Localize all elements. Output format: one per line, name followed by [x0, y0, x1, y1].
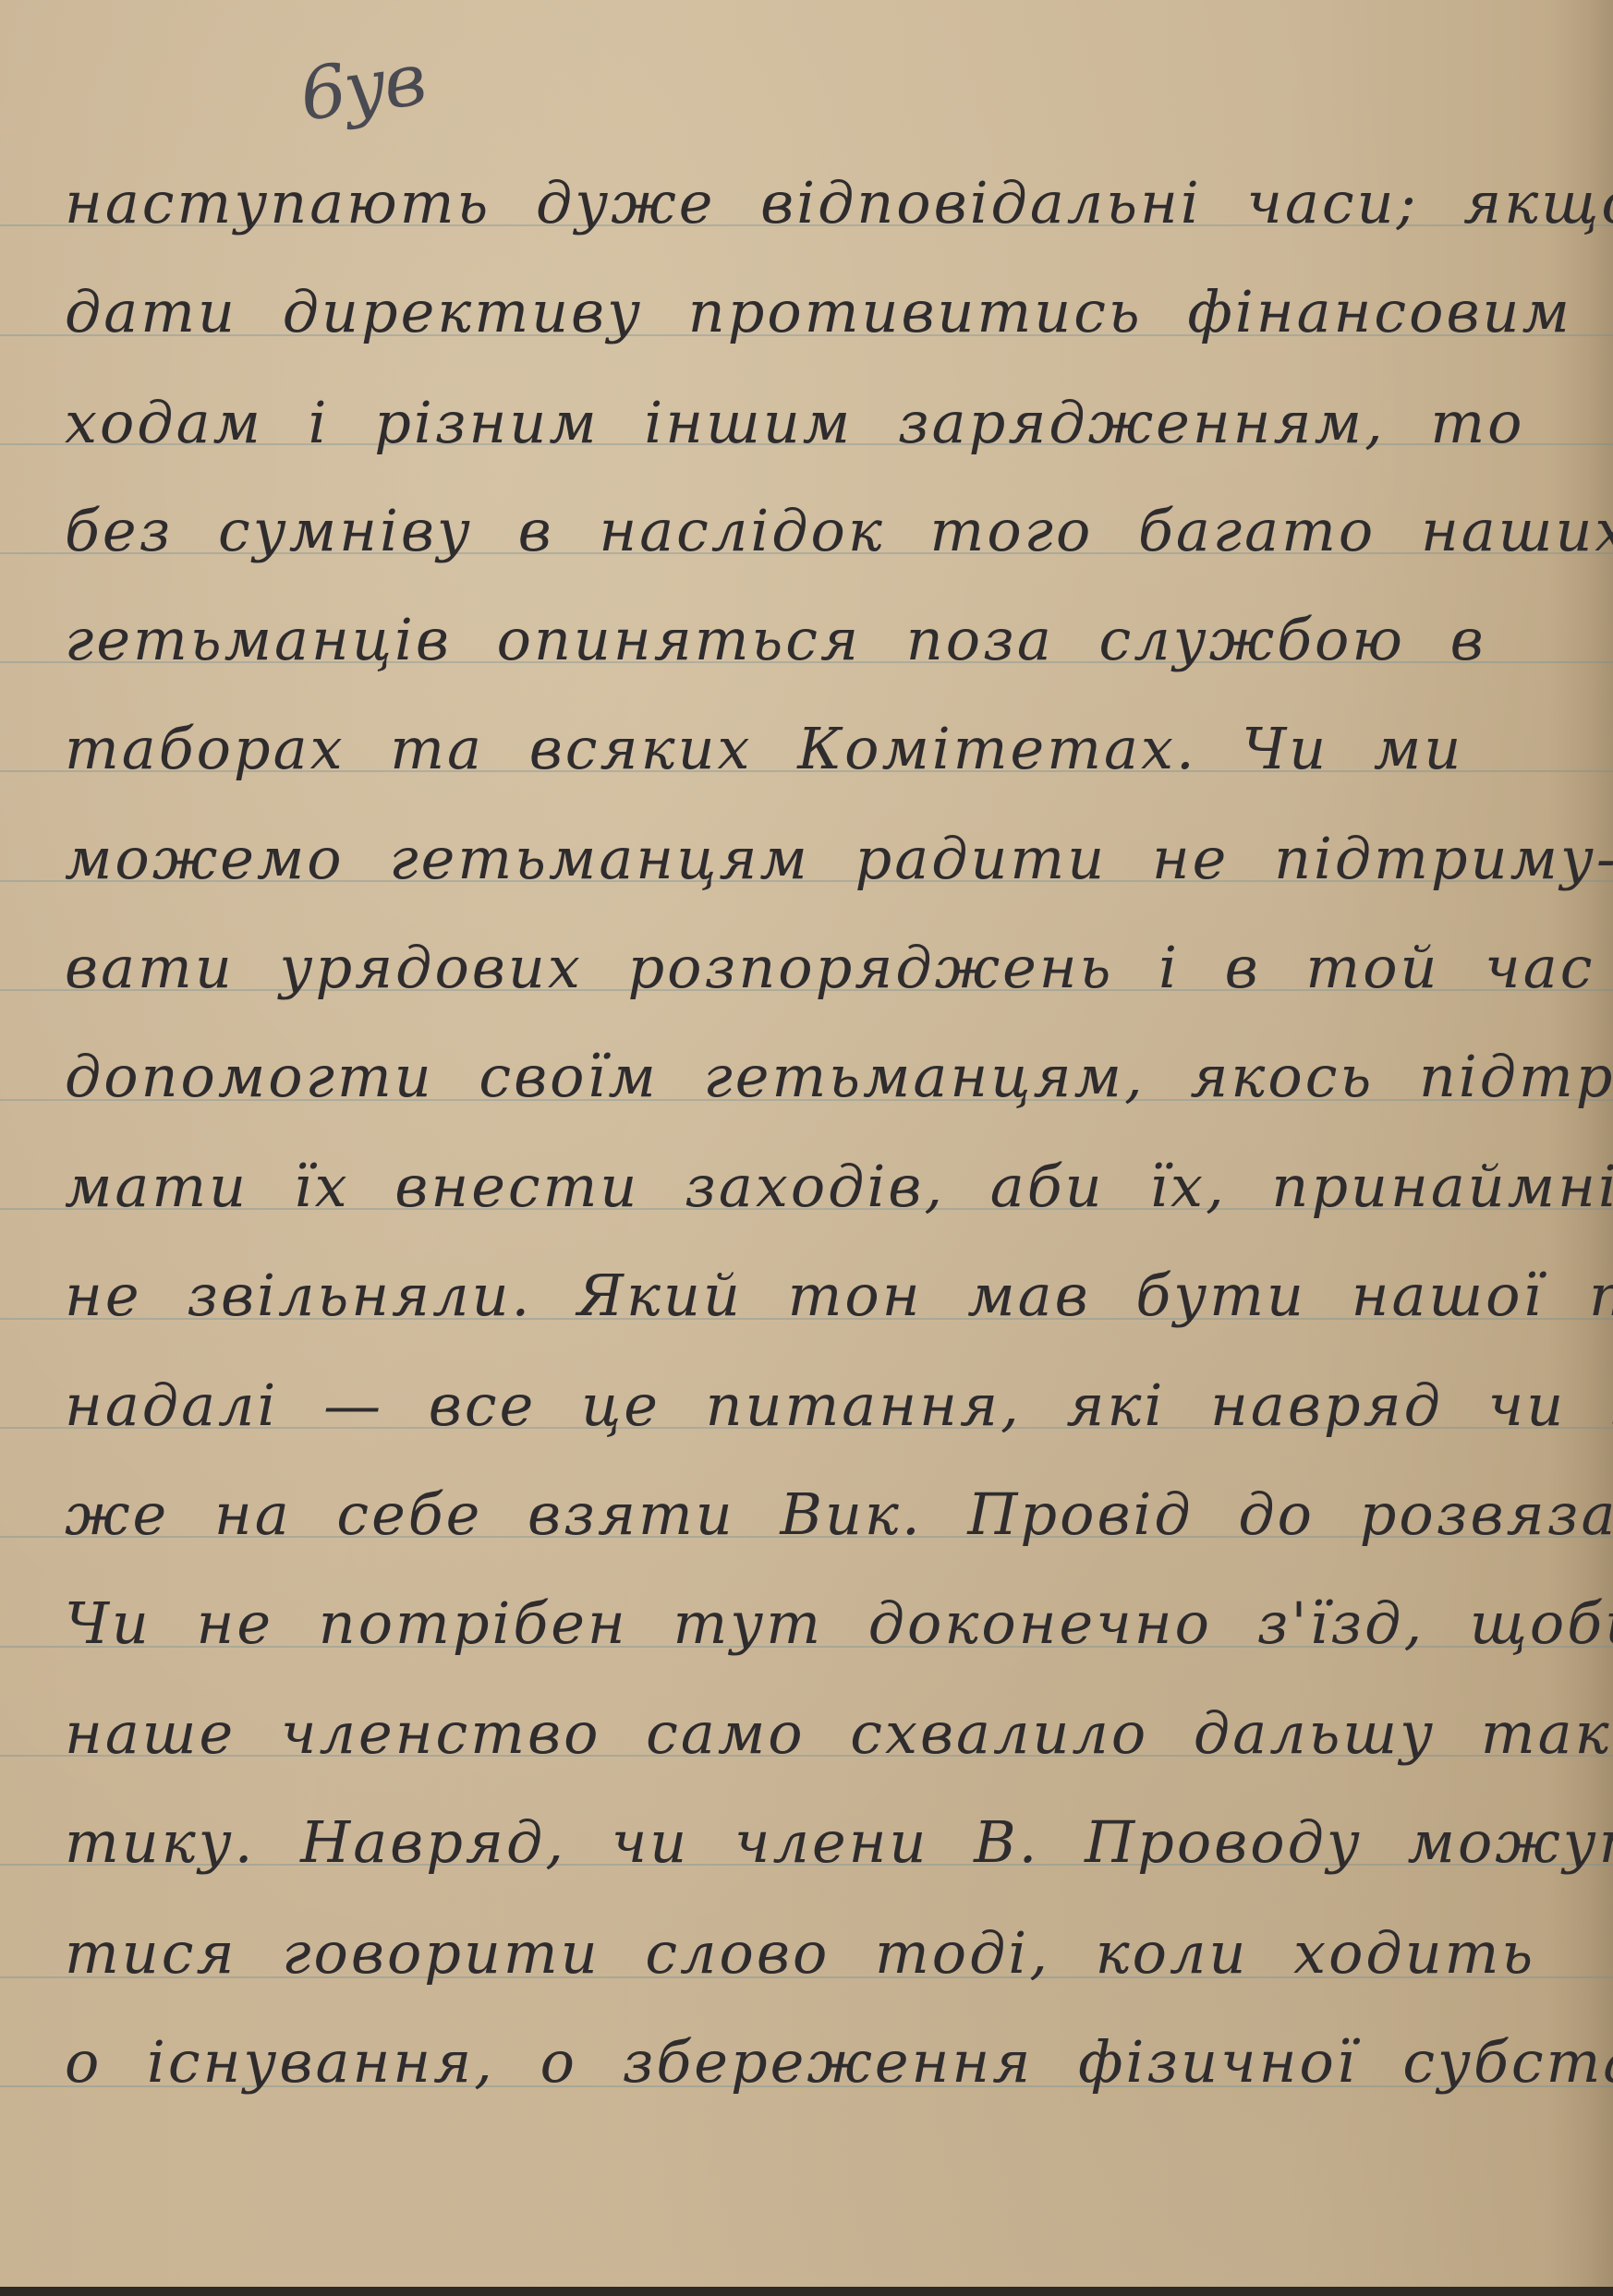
text-line: мати їх внести заходів, аби їх, принаймн… — [65, 1150, 1580, 1224]
text-line: наше членство само схвалило дальшу так- — [65, 1697, 1580, 1770]
scan-bottom-edge — [0, 2287, 1613, 2296]
text-line: гетьманців опиняться поза службою в — [65, 603, 1580, 677]
text-line: не звільняли. Який тон мав бути нашої пр… — [65, 1259, 1580, 1333]
text-line: Чи не потрібен тут доконечно з'їзд, щоби — [65, 1587, 1580, 1661]
text-line: вати урядових розпоряджень і в той час я… — [65, 931, 1580, 1005]
text-line: о існування, о збереження фізичної субст… — [65, 2025, 1580, 2099]
page-number: 6ув — [295, 38, 430, 138]
text-line: можемо гетьманцям радити не підтриму- — [65, 822, 1580, 896]
text-line: без сумніву в наслідок того багато наших — [65, 494, 1580, 568]
manuscript-page: 6ув наступають дуже відповідальні часи; … — [0, 0, 1613, 2296]
text-line: тися говорити слово тоді, коли ходить — [65, 1916, 1580, 1990]
text-line: допомогти своїм гетьманцям, якось підтри… — [65, 1040, 1580, 1114]
text-line: надалі — все це питання, які навряд чи з… — [65, 1369, 1580, 1443]
text-line: тику. Навряд, чи члени В. Проводу можуть… — [65, 1806, 1580, 1879]
text-line: наступають дуже відповідальні часи; якщо — [65, 166, 1580, 240]
text-line: же на себе взяти Вик. Провід до розвязан… — [65, 1478, 1580, 1552]
text-line: ходам і різним іншим зарядженням, то — [65, 386, 1580, 460]
text-line: дати директиву противитись фінансовим за… — [65, 275, 1580, 349]
text-line: таборах та всяких Комітетах. Чи ми — [65, 712, 1580, 786]
